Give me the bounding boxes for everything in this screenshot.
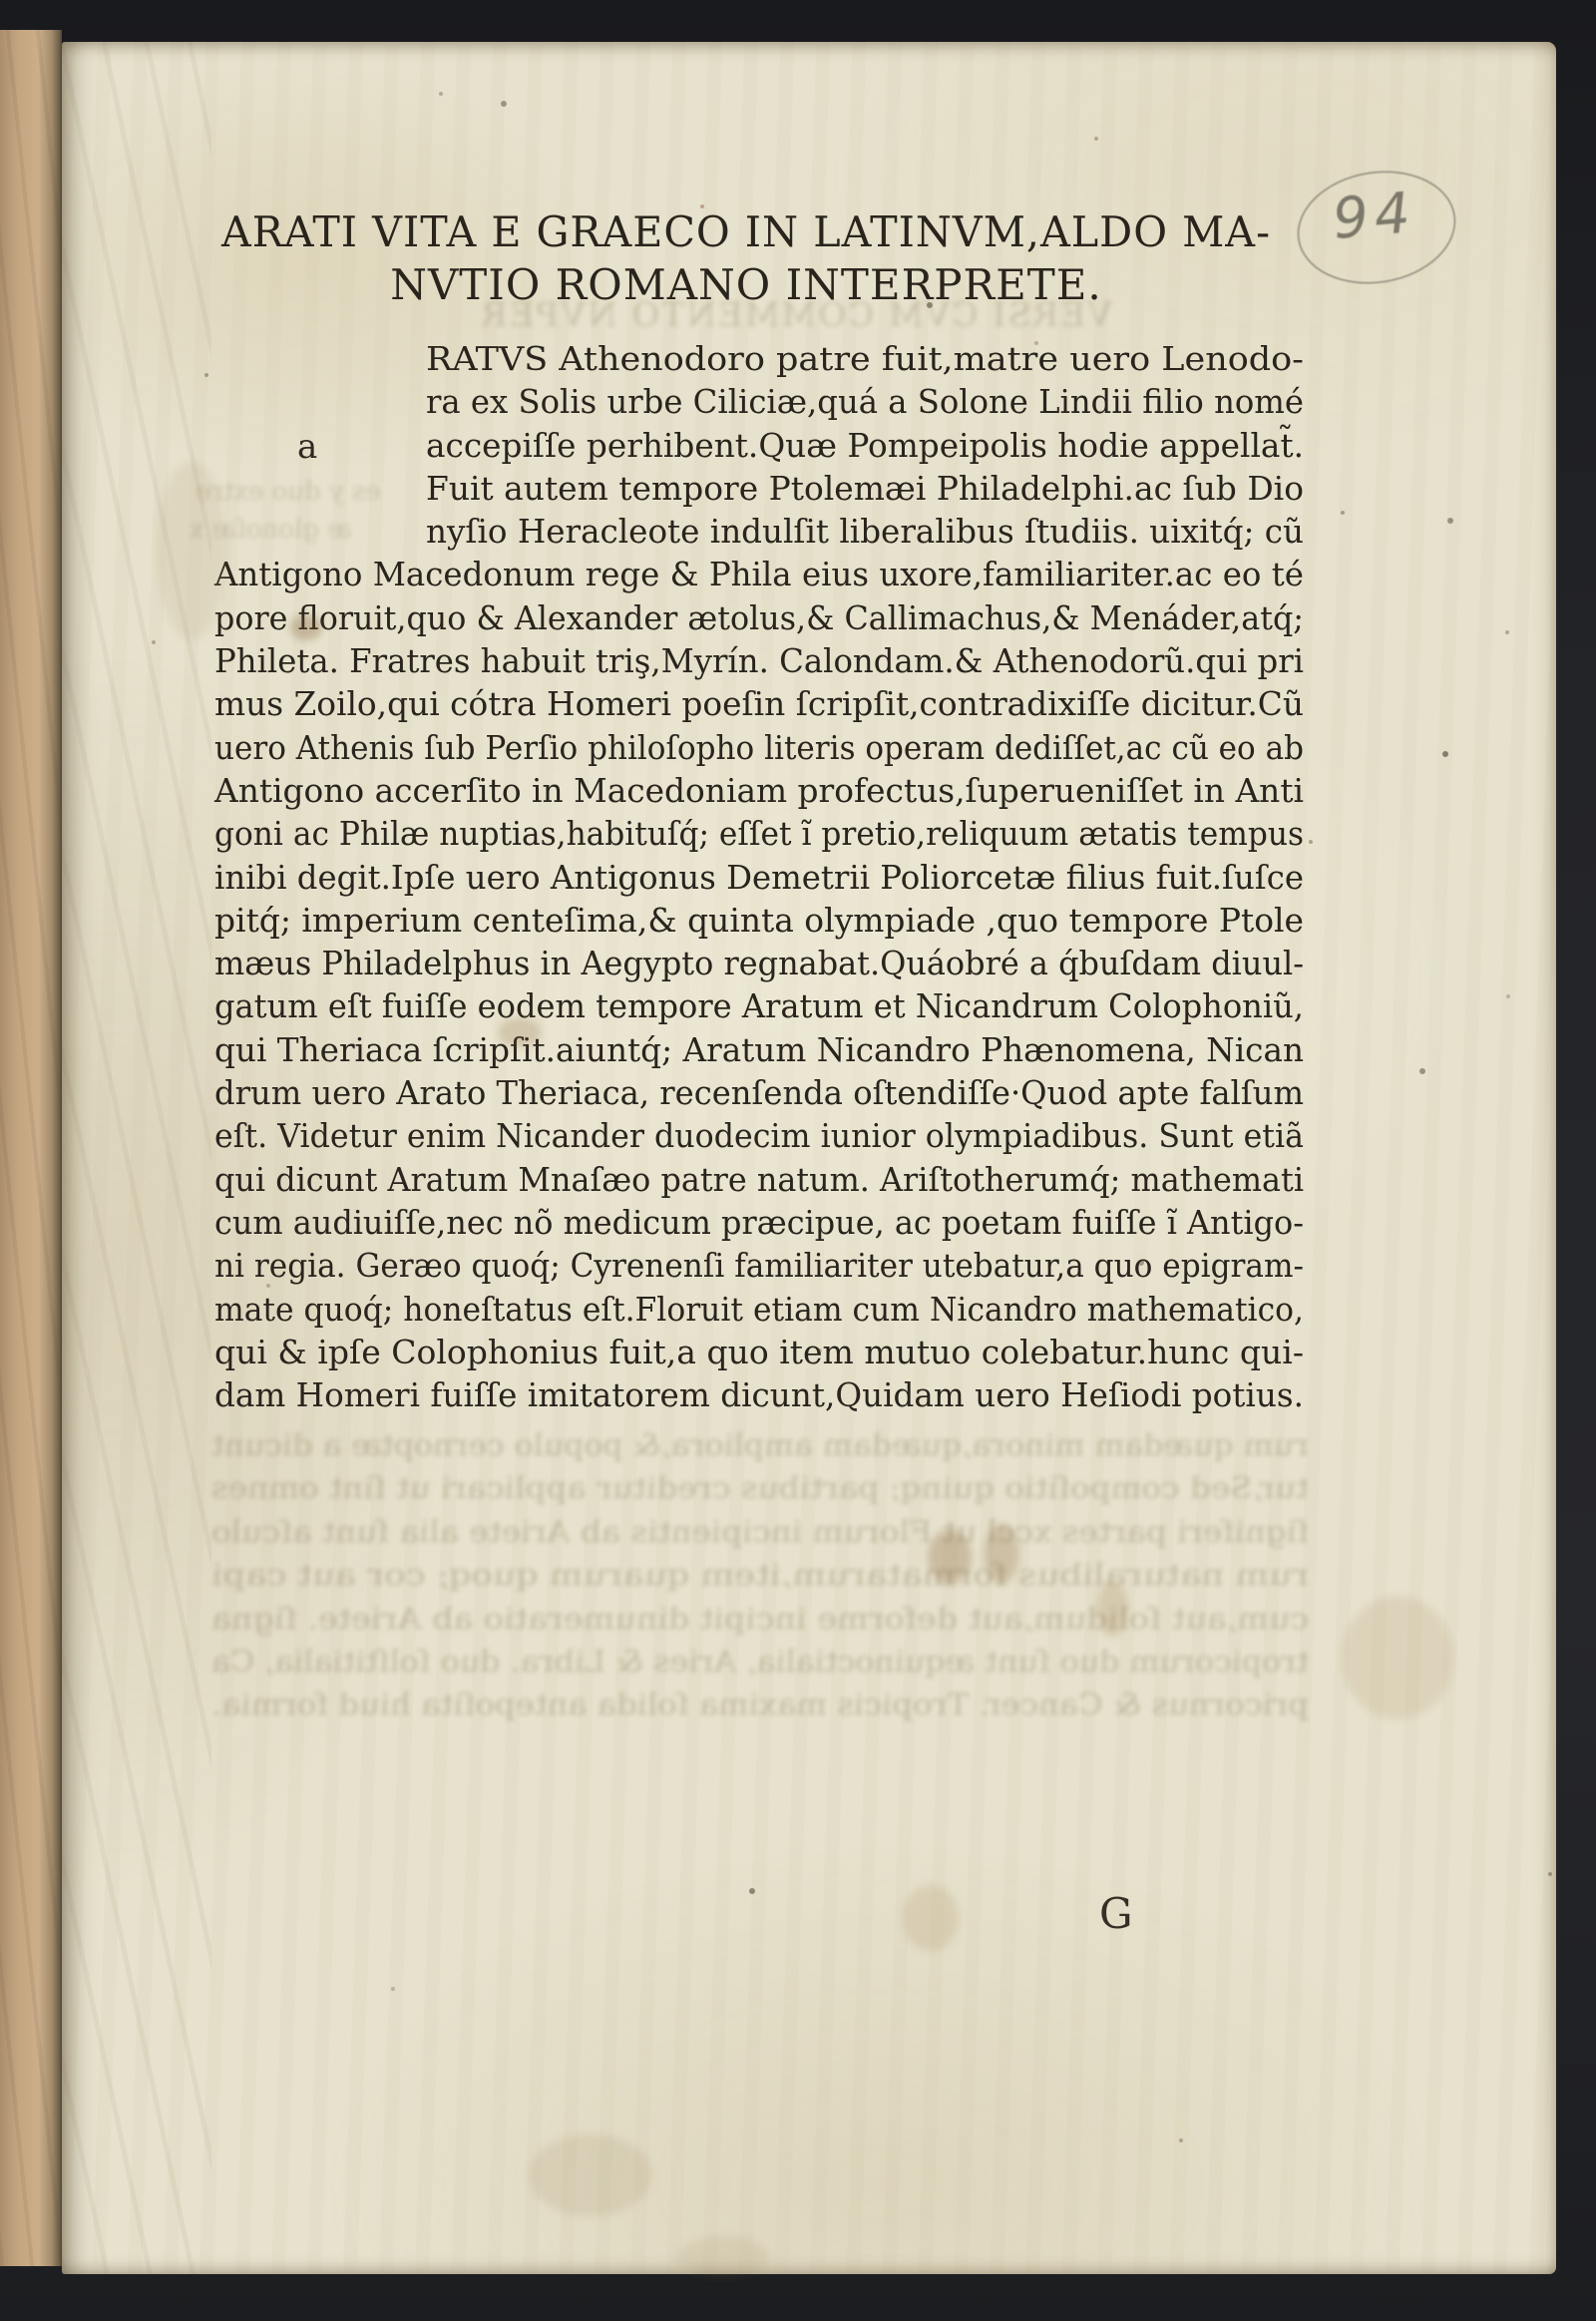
text-line: dam Homeri fuiſſe imitatorem dicunt,Quid… [214, 1373, 1304, 1416]
text-line: mate quoq́; honeſtatus eſt.Floruit etiam… [214, 1288, 1304, 1331]
text-line: Phileta. Fratres habuit triş,Myrín. Calo… [214, 639, 1304, 682]
gutter-wrinkles [62, 42, 211, 2274]
text-line: ra ex Solis urbe Ciliciæ,quá a Solone Li… [214, 380, 1304, 423]
stain [985, 1524, 1018, 1584]
text-line: ni regia. Geræo quoq́; Cyrenenſi familia… [214, 1244, 1304, 1287]
text-line: qui & ipſe Colophonius fuit,a quo item m… [214, 1331, 1304, 1373]
stain [1342, 1596, 1453, 1720]
body-text-block: RATVS Athenodoro patre fuit,matre uero L… [214, 337, 1304, 1416]
ink-speck-layer [62, 42, 66, 46]
stain [499, 1017, 541, 1047]
signature-mark: G [1099, 1889, 1133, 1938]
stain [928, 1530, 972, 1584]
stain [529, 2134, 652, 2216]
text-line: drum uero Arato Theriaca, recenſenda oſt… [214, 1071, 1304, 1114]
text-line: Fuit autem tempore Ptolemæi Philadelphi.… [214, 467, 1304, 510]
facing-page-wrinkles [0, 30, 62, 2266]
text-line: pitq́; imperium centeſima,& quinta olymp… [214, 899, 1304, 942]
show-through-text-block: rum quædam minora,quædam ampliora,& popu… [211, 1424, 1309, 1728]
text-line: mæus Philadelphus in Aegypto regnabat.Qu… [214, 942, 1304, 984]
text-line: nyſio Heracleote indulſit liberalibus ſt… [214, 510, 1304, 553]
scan-backdrop: { "doc": { "heading": { "line1": "ARATI … [0, 0, 1596, 2321]
text-line: qui Theriaca ſcripſit.aiuntq́; Aratum Ni… [214, 1028, 1304, 1071]
heading-line-1: ARATI VITA E GRAECO IN LATINVM,ALDO MA- [221, 209, 1271, 255]
text-line: gatum eſt fuiſſe eodem tempore Aratum et… [214, 984, 1304, 1027]
stain [1097, 1581, 1127, 1637]
show-through-line: cum,aut ſolidum,aut deforme incipit dinu… [211, 1598, 1309, 1641]
book-page: VERSI CVM COMMENTO NVPER es y duo extre … [62, 42, 1556, 2274]
show-through-line: rum naturalibus formatarum,item quarum q… [211, 1554, 1309, 1597]
show-through-line: ſigniferi partes xccl ut Florum incipien… [211, 1511, 1309, 1554]
text-line: mus Zoilo,qui cótra Homeri poeſin ſcripſ… [214, 682, 1304, 725]
facing-page-edge [0, 30, 62, 2266]
folio-number: 94 [1331, 181, 1419, 252]
stain [290, 614, 322, 640]
text-line: cum audiuiſſe,nec nõ medicum præcipue, a… [214, 1201, 1304, 1244]
text-line: uero Athenis ſub Perſio philoſopho liter… [214, 726, 1304, 769]
show-through-line: tur,Sed compoſitio quinq; partibus credi… [211, 1467, 1309, 1510]
show-through-line: rum quædam minora,quædam ampliora,& popu… [211, 1424, 1309, 1467]
text-line: pore floruit,quo & Alexander ætolus,& Ca… [214, 596, 1304, 639]
page-heading: ARATI VITA E GRAECO IN LATINVM,ALDO MA- … [221, 209, 1271, 308]
text-line: goni ac Philæ nuptias,habituſq́; eſſet ĩ… [214, 812, 1304, 855]
text-line: Antigono accerſito in Macedoniam profect… [214, 769, 1304, 812]
stain [157, 461, 226, 640]
text-line: qui dicunt Aratum Mnaſæo patre natum. Ar… [214, 1158, 1304, 1201]
show-through-line: tropicorum duo ſunt æquinoctialia, Aries… [211, 1641, 1309, 1684]
text-line: RATVS Athenodoro patre fuit,matre uero L… [214, 337, 1304, 380]
text-line: inibi degit.Ipſe uero Antigonus Demetrii… [214, 856, 1304, 899]
stain [678, 2236, 770, 2278]
show-through-line: pricornus & Cancer. Tropicis maxima ſoli… [211, 1684, 1309, 1727]
stain [903, 1885, 959, 1951]
heading-line-2: NVTIO ROMANO INTERPRETE. [221, 262, 1271, 308]
text-line: Antigono Macedonum rege & Phila eius uxo… [214, 553, 1304, 595]
text-line: accepiſſe perhibent.Quæ Pompeipolis hodi… [214, 424, 1304, 467]
text-line: eſt. Videtur enim Nicander duodecim iuni… [214, 1114, 1304, 1157]
